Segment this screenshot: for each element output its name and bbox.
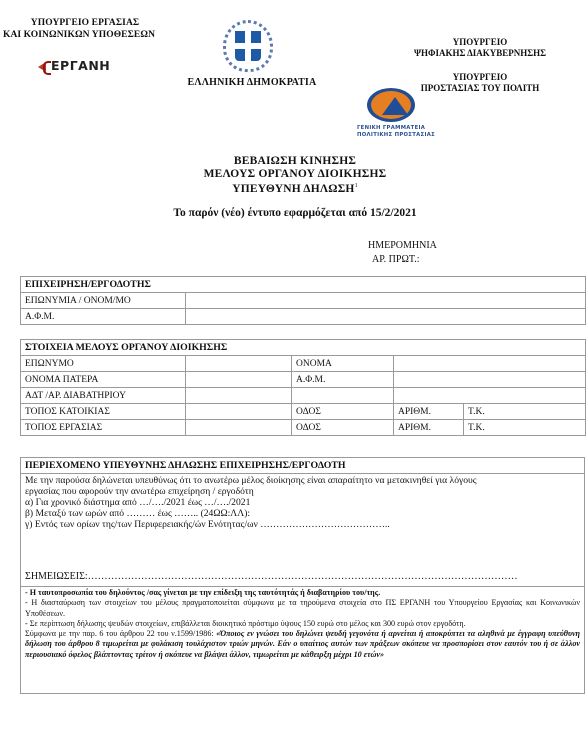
residence-street-label[interactable]: ΟΔΟΣ (292, 404, 394, 420)
workplace-label: ΤΟΠΟΣ ΕΡΓΑΣΙΑΣ (21, 420, 186, 436)
name-label: ΟΝΟΜΑ (292, 356, 394, 372)
residence-field[interactable] (186, 404, 292, 420)
member-table: ΣΤΟΙΧΕΙΑ ΜΕΛΟΥΣ ΟΡΓΑΝΟΥ ΔΙΟΙΚΗΣΗΣ ΕΠΩΝΥΜ… (20, 339, 586, 436)
father-name-label: ΟΝΟΜΑ ΠΑΤΕΡΑ (21, 372, 186, 388)
ministry-labour-heading: ΥΠΟΥΡΓΕΙΟ ΕΡΓΑΣΙΑΣ ΚΑΙ ΚΟΙΝΩΝΙΚΩΝ ΥΠΟΘΕΣ… (0, 17, 170, 41)
residence-number-label[interactable]: ΑΡΙΘΜ. (394, 404, 464, 420)
ministry-protection-line1: ΥΠΟΥΡΓΕΙΟ (395, 72, 565, 83)
civil-protection-line2: ΠΟΛΙΤΙΚΗΣ ΠΡΟΣΤΑΣΙΑΣ (357, 132, 442, 139)
father-name-field[interactable] (186, 372, 292, 388)
title-line3: ΥΠΕΥΘΥΝΗ ΔΗΛΩΣΗ1 (150, 180, 440, 195)
surname-label: ΕΠΩΝΥΜΟ (21, 356, 186, 372)
title-line3-text: ΥΠΕΥΘΥΝΗ ΔΗΛΩΣΗ (232, 183, 354, 195)
employer-name-label: ΕΠΩΝΥΜΙΑ / ΟΝΟΜ/ΜΟ (21, 293, 186, 309)
table-row: ΕΠΩΝΥΜΙΑ / ΟΝΟΜ/ΜΟ (21, 293, 586, 309)
emblem-cross-horizontal (235, 43, 261, 49)
declaration-intro-line2: εργασίας που αφορούν την ανωτέρω επιχείρ… (25, 486, 580, 497)
id-passport-field[interactable] (186, 388, 292, 404)
ministry-digital-heading: ΥΠΟΥΡΓΕΙΟ ΨΗΦΙΑΚΗΣ ΔΙΑΚΥΒΕΡΝΗΣΗΣ (395, 37, 565, 59)
footer-verification-note: - Η διασταύρωση των στοιχείων του μέλους… (25, 598, 580, 619)
civil-protection-line1: ΓΕΝΙΚΗ ΓΡΑΜΜΑΤΕΙΑ (357, 125, 442, 132)
footer-penalty-note: - Σε περίπτωση δήλωσης ψευδών στοιχείων,… (25, 619, 580, 629)
document-title: ΒΕΒΑΙΩΣΗ ΚΙΝΗΣΗΣ ΜΕΛΟΥΣ ΟΡΓΑΝΟΥ ΔΙΟΙΚΗΣΗ… (150, 155, 440, 195)
declaration-item-period[interactable]: α) Για χρονικό διάστημα από …/…./2021 έω… (25, 497, 580, 508)
civil-protection-ring (371, 91, 411, 119)
ministry-labour-line2: ΚΑΙ ΚΟΙΝΩΝΙΚΩΝ ΥΠΟΘΕΣΕΩΝ (0, 29, 170, 41)
title-line1: ΒΕΒΑΙΩΣΗ ΚΙΝΗΣΗΣ (150, 155, 440, 168)
surname-field[interactable] (186, 356, 292, 372)
residence-postcode-label[interactable]: Τ.Κ. (464, 404, 586, 420)
ministry-digital-line2: ΨΗΦΙΑΚΗΣ ΔΙΑΚΥΒΕΡΝΗΣΗΣ (395, 48, 565, 59)
notes-field[interactable]: ΣΗΜΕΙΩΣΕΙΣ:……………………………………………………………………………… (25, 571, 518, 582)
declaration-item-region[interactable]: γ) Εντός των ορίων της/των Περιφερειακής… (25, 519, 580, 530)
declaration-item-hours[interactable]: β) Μεταξύ των ωρών από ……… έως …….. (24Ω… (25, 508, 580, 519)
member-afm-field[interactable] (394, 372, 586, 388)
name-field[interactable] (394, 356, 586, 372)
footer-legal-prefix: Σύμφωνα με την παρ. 6 του άρθρου 22 του … (25, 629, 216, 638)
greek-emblem-icon (223, 20, 273, 72)
protocol-number-label: ΑΡ. ΠΡΩΤ.: (372, 254, 420, 265)
employer-afm-field[interactable] (186, 309, 586, 325)
table-row: ΑΔΤ /ΑΡ. ΔΙΑΒΑΤΗΡΙΟΥ (21, 388, 586, 404)
ministry-digital-line1: ΥΠΟΥΡΓΕΙΟ (395, 37, 565, 48)
table-row: ΕΠΩΝΥΜΟ ΟΝΟΜΑ (21, 356, 586, 372)
date-label: ΗΜΕΡΟΜΗΝΙΑ (368, 240, 437, 251)
table-row: Α.Φ.Μ. (21, 309, 586, 325)
footnote-mark: 1 (355, 183, 358, 189)
footer-legal-note: Σύμφωνα με την παρ. 6 του άρθρου 22 του … (25, 629, 580, 660)
ministry-labour-line1: ΥΠΟΥΡΓΕΙΟ ΕΡΓΑΣΙΑΣ (0, 17, 170, 29)
workplace-postcode-label[interactable]: Τ.Κ. (464, 420, 586, 436)
workplace-number-label[interactable]: ΑΡΙΘΜ. (394, 420, 464, 436)
effective-date-note: Το παρόν (νέο) έντυπο εφαρμόζεται από 15… (120, 207, 470, 219)
declaration-footer: - Η ταυτοπροσωπία του δηλούντος /σας γίν… (21, 587, 584, 661)
member-table-header: ΣΤΟΙΧΕΙΑ ΜΕΛΟΥΣ ΟΡΓΑΝΟΥ ΔΙΟΙΚΗΣΗΣ (21, 340, 586, 356)
employer-afm-label: Α.Φ.Μ. (21, 309, 186, 325)
declaration-intro-line1: Με την παρούσα δηλώνεται υπευθύνως ότι τ… (25, 475, 580, 486)
id-passport-extra-cell[interactable] (292, 388, 394, 404)
workplace-field[interactable] (186, 420, 292, 436)
id-passport-label: ΑΔΤ /ΑΡ. ΔΙΑΒΑΤΗΡΙΟΥ (21, 388, 186, 404)
employer-name-field[interactable] (186, 293, 586, 309)
table-row: ΤΟΠΟΣ ΚΑΤΟΙΚΙΑΣ ΟΔΟΣ ΑΡΙΘΜ. Τ.Κ. (21, 404, 586, 420)
table-row: ΤΟΠΟΣ ΕΡΓΑΣΙΑΣ ΟΔΟΣ ΑΡΙΘΜ. Τ.Κ. (21, 420, 586, 436)
title-line2: ΜΕΛΟΥΣ ΟΡΓΑΝΟΥ ΔΙΟΙΚΗΣΗΣ (150, 168, 440, 181)
declaration-box: ΠΕΡΙΕΧΟΜΕΝΟ ΥΠΕΥΘΥΝΗΣ ΔΗΛΩΣΗΣ ΕΠΙΧΕΙΡΗΣΗ… (20, 457, 585, 694)
ergani-logo-text: ΕΡΓΑΝΗ (51, 58, 110, 73)
ergani-logo-icon (38, 60, 50, 72)
civil-protection-triangle (382, 97, 408, 115)
emblem-shield (235, 31, 261, 61)
id-passport-extra-field[interactable] (394, 388, 586, 404)
civil-protection-text: ΓΕΝΙΚΗ ΓΡΑΜΜΑΤΕΙΑ ΠΟΛΙΤΙΚΗΣ ΠΡΟΣΤΑΣΙΑΣ (357, 125, 442, 139)
employer-table: ΕΠΙΧΕΙΡΗΣΗ/ΕΡΓΟΔΟΤΗΣ ΕΠΩΝΥΜΙΑ / ΟΝΟΜ/ΜΟ … (20, 276, 586, 325)
declaration-body: Με την παρούσα δηλώνεται υπευθύνως ότι τ… (21, 474, 584, 587)
workplace-street-label[interactable]: ΟΔΟΣ (292, 420, 394, 436)
employer-table-header: ΕΠΙΧΕΙΡΗΣΗ/ΕΡΓΟΔΟΤΗΣ (21, 277, 586, 293)
ergani-logo: ΕΡΓΑΝΗ (38, 58, 110, 73)
member-afm-label: Α.Φ.Μ. (292, 372, 394, 388)
republic-label: ΕΛΛΗΝΙΚΗ ΔΗΜΟΚΡΑΤΙΑ (172, 77, 332, 88)
declaration-header: ΠΕΡΙΕΧΟΜΕΝΟ ΥΠΕΥΘΥΝΗΣ ΔΗΛΩΣΗΣ ΕΠΙΧΕΙΡΗΣΗ… (21, 458, 584, 474)
civil-protection-logo: ΓΕΝΙΚΗ ΓΡΑΜΜΑΤΕΙΑ ΠΟΛΙΤΙΚΗΣ ΠΡΟΣΤΑΣΙΑΣ (357, 88, 442, 144)
residence-label: ΤΟΠΟΣ ΚΑΤΟΙΚΙΑΣ (21, 404, 186, 420)
table-row: ΟΝΟΜΑ ΠΑΤΕΡΑ Α.Φ.Μ. (21, 372, 586, 388)
footer-identity-note: - Η ταυτοπροσωπία του δηλούντος /σας γίν… (25, 588, 580, 598)
civil-protection-logo-icon (367, 88, 415, 122)
